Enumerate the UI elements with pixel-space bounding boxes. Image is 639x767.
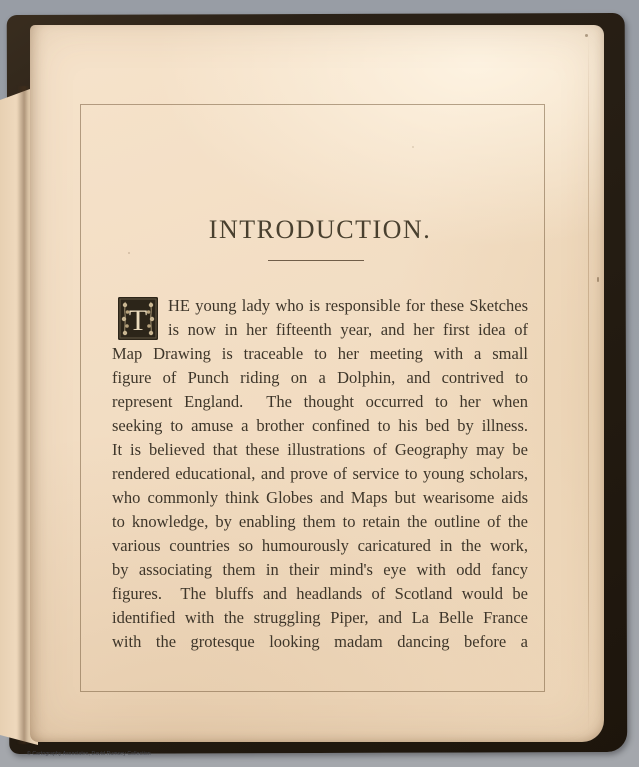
text-line: figures. The bluffs and headlands of Sco… — [112, 582, 528, 606]
text-line: is now in her fifteenth year, and her fi… — [112, 318, 528, 342]
body-text: T HE young lady who is responsible for t… — [112, 294, 528, 654]
text-line: various countries so humourously caricat… — [112, 534, 528, 558]
text-line: It is believed that these illustrations … — [112, 438, 528, 462]
scanned-book-spread: INTRODUCTION. T — [0, 0, 639, 767]
text-line: HE young lady who is responsible for the… — [112, 294, 528, 318]
text-line: to knowledge, by enabling them to retain… — [112, 510, 528, 534]
page-title: INTRODUCTION. — [112, 215, 528, 245]
paper-speck — [585, 34, 588, 37]
paper-speck — [597, 277, 599, 282]
text-line: who commonly think Globes and Maps but w… — [112, 486, 528, 510]
drop-cap-block-icon: T — [118, 297, 158, 340]
drop-cap-letter: T — [129, 304, 147, 337]
text-line: by associating them in their mind's eye … — [112, 558, 528, 582]
drop-cap-ornament: T — [118, 297, 158, 340]
text-line: figure of Punch riding on a Dolphin, and… — [112, 366, 528, 390]
collection-watermark: © Cartography Associates, David Rumsey C… — [27, 751, 151, 757]
text-line: identified with the struggling Piper, an… — [112, 606, 528, 630]
page-edge-shadow — [588, 34, 589, 734]
text-line: rendered educational, and prove of servi… — [112, 462, 528, 486]
text-line: Map Drawing is traceable to her meeting … — [112, 342, 528, 366]
text-line: represent England. The thought occurred … — [112, 390, 528, 414]
text-line: with the grotesque looking madam dancing… — [112, 630, 528, 654]
text-line: seeking to amuse a brother confined to h… — [112, 414, 528, 438]
title-divider-rule — [268, 260, 364, 261]
